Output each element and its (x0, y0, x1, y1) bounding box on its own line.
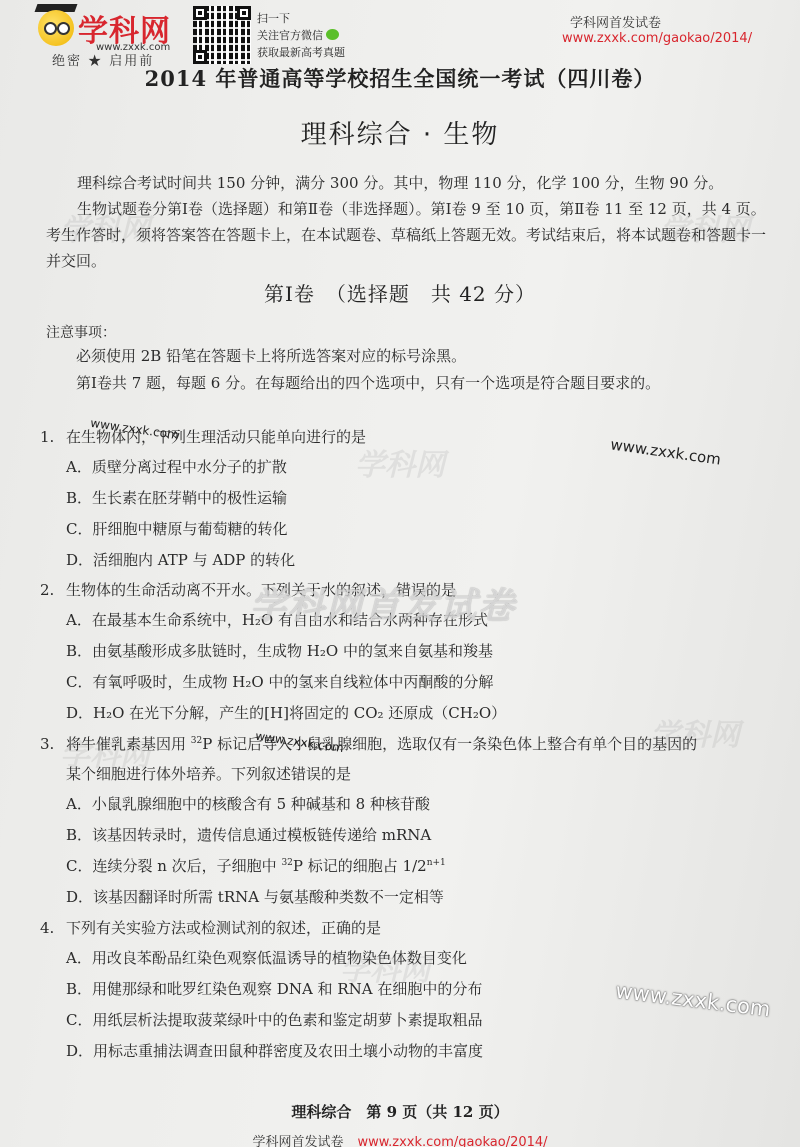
option-c: C．肝细胞中糖原与葡萄糖的转化 (40, 514, 780, 545)
question-number: 2. (40, 575, 66, 605)
option-b: B．该基因转录时，遗传信息通过模板链传递给 mRNA (40, 820, 780, 851)
qr-note-line: 扫一下 (257, 10, 345, 27)
question-number: 1. (40, 422, 66, 452)
exam-page: 学科网 学科网 学科网 学科网 学科网 学科网 学科网 www.zxxk.com… (0, 0, 800, 1147)
question-number: 3. (40, 729, 66, 759)
option-a: A．质壁分离过程中水分子的扩散 (40, 452, 780, 483)
qr-note: 扫一下 关注官方微信 获取最新高考真题 (257, 10, 345, 61)
section-title: 第Ⅰ卷 （选择题 共 42 分） (0, 278, 800, 307)
question-stem: 2.生物体的生命活动离不开水。下列关于水的叙述，错误的是 (40, 575, 780, 605)
option-b: B．由氨基酸形成多肽链时，生成物 H₂O 中的氢来自氨基和羧基 (40, 636, 780, 667)
option-c: C．有氧呼吸时，生成物 H₂O 中的氢来自线粒体中丙酮酸的分解 (40, 667, 780, 698)
question-number: 4. (40, 913, 66, 943)
option-d: D．该基因翻译时所需 tRNA 与氨基酸种类数不一定相等 (40, 882, 780, 913)
option-d: D．H₂O 在光下分解，产生的[H]将固定的 CO₂ 还原成（CH₂O） (40, 698, 780, 729)
option-d: D．用标志重捕法调查田鼠种群密度及农田土壤小动物的丰富度 (40, 1036, 780, 1067)
option-a: A．小鼠乳腺细胞中的核酸含有 5 种碱基和 8 种核苷酸 (40, 789, 780, 820)
option-d: D．活细胞内 ATP 与 ADP 的转化 (40, 545, 780, 576)
footer-brand: 学科网首发试卷www.zxxk.com/gaokao/2014/ (0, 1131, 800, 1147)
question-1: 1.在生物体内，下列生理活动只能单向进行的是 A．质壁分离过程中水分子的扩散 B… (40, 422, 780, 576)
footer-brand-link[interactable]: www.zxxk.com/gaokao/2014/ (357, 1135, 547, 1147)
page-number: 理科综合 第 9 页（共 12 页） (0, 1101, 800, 1122)
wechat-icon (326, 29, 339, 40)
qr-code-icon (193, 6, 251, 64)
option-c: C．连续分裂 n 次后，子细胞中 32P 标记的细胞占 1/2n+1 (40, 851, 780, 882)
site-logo: 学科网 www.zxxk.com (34, 4, 184, 56)
question-text: 生物体的生命活动离不开水。下列关于水的叙述，错误的是 (66, 581, 456, 599)
question-stem: 4.下列有关实验方法或检测试剂的叙述，正确的是 (40, 913, 780, 943)
option-b: B．生长素在胚芽鞘中的极性运输 (40, 483, 780, 514)
notice-list: 必须使用 2B 铅笔在答题卡上将所选答案对应的标号涂黑。 第Ⅰ卷共 7 题，每题… (76, 343, 660, 397)
question-stem: 3.将牛催乳素基因用 32P 标记后导入小鼠乳腺细胞，选取仅有一条染色体上整合有… (40, 729, 780, 789)
question-2: 2.生物体的生命活动离不开水。下列关于水的叙述，错误的是 A．在最基本生命系统中… (40, 575, 780, 729)
intro-paragraph: 生物试题卷分第Ⅰ卷（选择题）和第Ⅱ卷（非选择题）。第Ⅰ卷 9 至 10 页，第Ⅱ… (46, 196, 776, 274)
option-b: B．用健那绿和吡罗红染色观察 DNA 和 RNA 在细胞中的分布 (40, 974, 780, 1005)
question-text: 下列有关实验方法或检测试剂的叙述，正确的是 (66, 919, 381, 937)
question-stem: 1.在生物体内，下列生理活动只能单向进行的是 (40, 422, 780, 452)
option-c: C．用纸层析法提取菠菜绿叶中的色素和鉴定胡萝卜素提取粗品 (40, 1005, 780, 1036)
intro-text: 理科综合考试时间共 150 分钟，满分 300 分。其中，物理 110 分，化学… (46, 170, 776, 274)
first-release-link[interactable]: www.zxxk.com/gaokao/2014/ (562, 31, 752, 46)
question-3: 3.将牛催乳素基因用 32P 标记后导入小鼠乳腺细胞，选取仅有一条染色体上整合有… (40, 729, 780, 913)
question-4: 4.下列有关实验方法或检测试剂的叙述，正确的是 A．用改良苯酚品红染色观察低温诱… (40, 913, 780, 1067)
mascot-icon (38, 10, 74, 46)
exam-title: 2014 年普通高等学校招生全国统一考试（四川卷） (0, 63, 800, 93)
first-release-label: 学科网首发试卷 (570, 12, 661, 31)
intro-paragraph: 理科综合考试时间共 150 分钟，满分 300 分。其中，物理 110 分，化学… (46, 170, 776, 196)
qr-note-line: 关注官方微信 (257, 27, 345, 44)
subject-title: 理科综合 · 生物 (0, 114, 800, 151)
question-text-continued: 某个细胞进行体外培养。下列叙述错误的是 (40, 759, 780, 789)
qr-note-line: 获取最新高考真题 (257, 44, 345, 61)
notice-item: 第Ⅰ卷共 7 题，每题 6 分。在每题给出的四个选项中，只有一个选项是符合题目要… (76, 370, 660, 397)
option-a: A．用改良苯酚品红染色观察低温诱导的植物染色体数目变化 (40, 943, 780, 974)
notice-label: 注意事项： (46, 322, 116, 342)
option-a: A．在最基本生命系统中，H₂O 有自由水和结合水两种存在形式 (40, 605, 780, 636)
footer-brand-label: 学科网首发试卷 (252, 1135, 343, 1147)
notice-item: 必须使用 2B 铅笔在答题卡上将所选答案对应的标号涂黑。 (76, 343, 660, 370)
question-text: 在生物体内，下列生理活动只能单向进行的是 (66, 428, 366, 446)
